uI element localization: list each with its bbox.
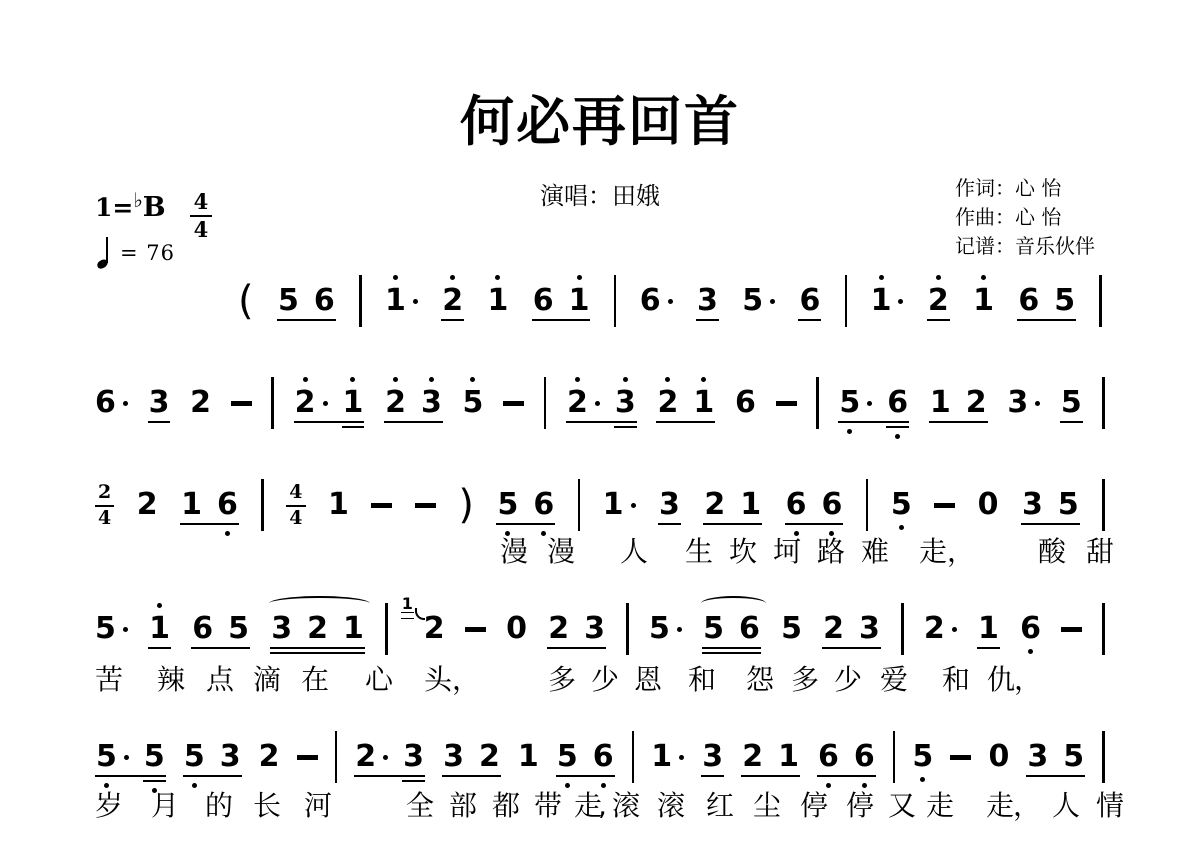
note-number: 6 xyxy=(314,283,335,318)
lyric-syllable: 和 xyxy=(688,666,716,694)
beam-line xyxy=(183,775,242,778)
jianpu-note: 2 xyxy=(295,388,328,418)
open-paren: ( xyxy=(238,281,254,321)
note-number: 3 xyxy=(149,385,170,420)
note-number: 6 xyxy=(887,385,908,420)
note-number: 2 xyxy=(442,283,463,318)
sixteenth-beam-line xyxy=(342,426,365,429)
jianpu-note: 1 xyxy=(978,614,999,644)
beam-line xyxy=(566,421,637,424)
note-number: 2 xyxy=(704,487,725,522)
meter-denominator: 4 xyxy=(194,217,209,242)
beam-line xyxy=(354,775,425,778)
octave-dot-high xyxy=(575,377,580,382)
beam-group: 23 xyxy=(354,742,425,772)
beam-group: 12 xyxy=(929,388,988,418)
octave-dot-high xyxy=(665,377,670,382)
jianpu-note: 1 xyxy=(603,490,636,520)
beam-group: 321 xyxy=(270,614,365,644)
jianpu-note: 5 xyxy=(144,742,165,772)
note-number: 2 xyxy=(385,385,406,420)
beam-line xyxy=(532,319,591,322)
beam-line xyxy=(148,421,171,424)
lyric-syllable: 又 xyxy=(888,792,916,820)
jianpu-note: 1 xyxy=(487,286,508,316)
octave-dot-high xyxy=(936,275,941,280)
slur-arc xyxy=(701,596,766,611)
jianpu-note: 1 xyxy=(569,286,590,316)
beam-group: 61 xyxy=(532,286,591,316)
lyric-syllable: 滚 xyxy=(657,792,685,820)
augmentation-dot xyxy=(677,627,682,632)
barline xyxy=(578,479,581,531)
note-number: 5 xyxy=(781,611,802,646)
jianpu-note: 2 xyxy=(385,388,406,418)
meter-denominator: 4 xyxy=(289,507,302,530)
jianpu-note: 6 xyxy=(799,286,820,316)
note-number: 5 xyxy=(144,739,165,774)
jianpu-note: 0 xyxy=(988,742,1009,772)
jianpu-note: 2 xyxy=(966,388,987,418)
lyric-syllable: 滚 xyxy=(612,792,640,820)
note-number: 5 xyxy=(278,283,299,318)
beam-line xyxy=(1026,775,1085,778)
sixteenth-beam-line xyxy=(402,780,425,783)
jianpu-note: 5 xyxy=(228,614,249,644)
note-number: 1 xyxy=(328,487,349,522)
note-number: 2 xyxy=(928,283,949,318)
lyric-syllable: 多 xyxy=(548,666,576,694)
barline xyxy=(261,479,264,531)
beam-group: 3 xyxy=(658,490,681,520)
credits-block: 作词：心 怡 作曲：心 怡 记谱：音乐伙伴 xyxy=(955,174,1095,261)
meter-numerator: 4 xyxy=(190,190,213,217)
jianpu-note: 1 xyxy=(328,490,349,520)
beam-group: 21 xyxy=(741,742,800,772)
jianpu-note: 1 xyxy=(778,742,799,772)
duration-dash xyxy=(934,503,955,508)
lyric-syllable: 仇 xyxy=(987,666,1015,694)
octave-dot-high xyxy=(470,377,475,382)
duration-dash xyxy=(950,755,971,760)
jianpu-note: 2 xyxy=(442,286,463,316)
note-number: 5 xyxy=(1061,385,1082,420)
note-number: 5 xyxy=(839,385,860,420)
beam-group: 23 xyxy=(547,614,606,644)
lyric-syllable: 月 xyxy=(151,792,179,820)
note-number: 2 xyxy=(966,385,987,420)
note-number: 6 xyxy=(533,487,554,522)
jianpu-note: 6 xyxy=(95,388,128,418)
beam-line xyxy=(703,523,762,526)
beam-line xyxy=(191,647,250,650)
lyric-syllable: 点 xyxy=(206,666,234,694)
octave-dot-low xyxy=(920,777,925,782)
note-number: 1 xyxy=(930,385,951,420)
beam-line xyxy=(696,319,719,322)
beam-group: 23 xyxy=(822,614,881,644)
octave-dot-high xyxy=(701,377,706,382)
note-number: 1 xyxy=(487,283,508,318)
beam-group: 66 xyxy=(817,742,876,772)
augmentation-dot xyxy=(323,401,328,406)
lyric-syllable: 部 xyxy=(449,792,477,820)
note-number: 6 xyxy=(821,487,842,522)
jianpu-note: 3 xyxy=(149,388,170,418)
jianpu-note: 5 xyxy=(95,614,128,644)
note-number: 5 xyxy=(228,611,249,646)
barline xyxy=(1102,731,1105,783)
augmentation-dot xyxy=(123,401,128,406)
jianpu-note: 6 xyxy=(640,286,673,316)
note-number: 1 xyxy=(651,739,672,774)
jianpu-note: 2 xyxy=(704,490,725,520)
note-number: 2 xyxy=(742,739,763,774)
beam-group: 2 xyxy=(441,286,464,316)
note-number: 6 xyxy=(1020,611,1041,646)
beam-group: 56 xyxy=(838,388,909,418)
barline xyxy=(614,275,617,327)
octave-dot-low xyxy=(826,783,831,788)
beam-line xyxy=(556,775,615,778)
sheet-music-page: 何必再回首 演唱：田娥 作词：心 怡 作曲：心 怡 记谱：音乐伙伴 1=♭B 4… xyxy=(0,0,1200,850)
beam-line xyxy=(929,421,988,424)
beam-group: 56 xyxy=(496,490,555,520)
jianpu-note: 6 xyxy=(739,614,760,644)
lyric-syllable: , xyxy=(598,792,607,820)
jianpu-note: 5 xyxy=(742,286,775,316)
beam-line xyxy=(927,319,950,322)
jianpu-note: 3 xyxy=(271,614,292,644)
beam-group: 21 xyxy=(656,388,715,418)
beam-line xyxy=(798,319,821,322)
jianpu-note: 5 xyxy=(912,742,933,772)
note-number: 1 xyxy=(778,739,799,774)
jianpu-note: 2 xyxy=(548,614,569,644)
note-number: 5 xyxy=(1058,487,1079,522)
jianpu-note: 6 xyxy=(593,742,614,772)
note-number: 3 xyxy=(659,487,680,522)
note-number: 3 xyxy=(1027,739,1048,774)
note-number: 5 xyxy=(95,611,116,646)
jianpu-note: 2 xyxy=(355,742,388,772)
lyric-syllable: 情 xyxy=(1096,792,1124,820)
slur-arc xyxy=(269,596,370,611)
jianpu-note: 2 xyxy=(928,286,949,316)
beam-group: 56 xyxy=(702,614,761,644)
beam-line xyxy=(701,775,724,778)
jianpu-note: 2 xyxy=(307,614,328,644)
lyric-syllable: 走 xyxy=(986,792,1014,820)
octave-dot-high xyxy=(981,275,986,280)
lyric-syllable: 难 xyxy=(861,538,889,566)
sixteenth-beam-line xyxy=(143,780,166,783)
jianpu-note: 5 xyxy=(703,614,724,644)
octave-dot-low xyxy=(192,783,197,788)
beam-group: 1 xyxy=(148,614,171,644)
octave-dot-low xyxy=(601,783,606,788)
jianpu-note: 6 xyxy=(854,742,875,772)
note-number: 1 xyxy=(569,283,590,318)
note-number: 6 xyxy=(735,385,756,420)
note-number: 5 xyxy=(1054,283,1075,318)
beam-line xyxy=(95,775,166,778)
barline xyxy=(271,377,274,429)
note-number: 2 xyxy=(424,611,445,646)
beam-line xyxy=(496,523,555,526)
note-number: 5 xyxy=(891,487,912,522)
lyric-syllable: 头 xyxy=(424,666,452,694)
lyric-syllable: 生 xyxy=(685,538,713,566)
note-number: 5 xyxy=(912,739,933,774)
lyric-syllable: 停 xyxy=(846,792,874,820)
note-number: 2 xyxy=(307,611,328,646)
barline xyxy=(335,731,338,783)
beam-line xyxy=(294,421,365,424)
jianpu-note: 6 xyxy=(887,388,908,418)
beam-line-2 xyxy=(702,652,761,655)
octave-dot-high xyxy=(429,377,434,382)
sixteenth-beam-line xyxy=(614,426,637,429)
note-number: 2 xyxy=(548,611,569,646)
jianpu-note: 5 xyxy=(1061,388,1082,418)
note-number: 3 xyxy=(271,611,292,646)
lyric-syllable: 带 xyxy=(534,792,562,820)
jianpu-note: 2 xyxy=(259,742,280,772)
note-number: 2 xyxy=(137,487,158,522)
note-number: 0 xyxy=(988,739,1009,774)
barline xyxy=(1099,275,1102,327)
duration-dash xyxy=(415,503,436,508)
jianpu-note: 0 xyxy=(978,490,999,520)
jianpu-note: 1 xyxy=(343,614,364,644)
lyric-syllable: 长 xyxy=(253,792,281,820)
jianpu-note: 3 xyxy=(702,742,723,772)
jianpu-note: 3 xyxy=(443,742,464,772)
note-number: 5 xyxy=(96,739,117,774)
lyric-syllable: 全 xyxy=(406,792,434,820)
augmentation-dot xyxy=(595,401,600,406)
beam-group: 3 xyxy=(148,388,171,418)
beam-group: 35 xyxy=(1026,742,1085,772)
beam-line xyxy=(1017,319,1076,322)
jianpu-note: 3 xyxy=(697,286,718,316)
beam-group: 65 xyxy=(191,614,250,644)
note-number: 5 xyxy=(649,611,670,646)
inline-time-signature: 44 xyxy=(286,482,305,530)
beam-line xyxy=(277,319,336,322)
octave-dot-low xyxy=(541,531,546,536)
lyric-syllable: 在 xyxy=(301,666,329,694)
beam-line-2 xyxy=(270,652,365,655)
beam-group: 65 xyxy=(1017,286,1076,316)
beam-line xyxy=(838,421,909,424)
note-number: 1 xyxy=(149,611,170,646)
note-number: 6 xyxy=(217,487,238,522)
jianpu-note: 1 xyxy=(149,614,170,644)
note-number: 3 xyxy=(403,739,424,774)
note-number: 1 xyxy=(603,487,624,522)
note-number: 1 xyxy=(343,385,364,420)
jianpu-note: 1 xyxy=(343,388,364,418)
jianpu-note: 1 xyxy=(930,388,951,418)
octave-dot-high xyxy=(350,377,355,382)
lyric-syllable: ， xyxy=(947,538,975,566)
lyric-syllable: 酸 xyxy=(1038,538,1066,566)
beam-group: 21 xyxy=(294,388,365,418)
beam-group: 53 xyxy=(183,742,242,772)
jianpu-note: 6 xyxy=(314,286,335,316)
jianpu-note: 6 xyxy=(821,490,842,520)
barline xyxy=(359,275,362,327)
meter-numerator: 4 xyxy=(286,482,305,507)
jianpu-note: 3 xyxy=(659,490,680,520)
octave-dot-low xyxy=(104,783,109,788)
note-number: 3 xyxy=(702,739,723,774)
augmentation-dot xyxy=(867,401,872,406)
octave-dot-low xyxy=(225,531,230,536)
credit-lyricist: 作词：心 怡 xyxy=(955,174,1095,203)
note-number: 3 xyxy=(615,385,636,420)
lyric-syllable: 滴 xyxy=(253,666,281,694)
lyric-syllable: ， xyxy=(1014,666,1042,694)
note-number: 6 xyxy=(593,739,614,774)
notation-line-5: 5553223321561321665035 xyxy=(95,742,1105,772)
jianpu-note: 5 xyxy=(781,614,802,644)
jianpu-note: 6 xyxy=(217,490,238,520)
key-prefix: 1= xyxy=(95,193,133,222)
lyric-syllable: 走 xyxy=(926,792,954,820)
augmentation-dot xyxy=(631,503,636,508)
note-number: 6 xyxy=(739,611,760,646)
note-number: 6 xyxy=(95,385,116,420)
beam-line xyxy=(658,523,681,526)
duration-dash xyxy=(371,503,392,508)
beam-line xyxy=(270,647,365,650)
note-number: 6 xyxy=(818,739,839,774)
jianpu-note: 6 xyxy=(786,490,807,520)
jianpu-note: 5 xyxy=(1063,742,1084,772)
lyric-syllable: ， xyxy=(452,666,480,694)
octave-dot-high xyxy=(393,377,398,382)
meter-numerator: 2 xyxy=(95,482,114,507)
augmentation-dot xyxy=(679,755,684,760)
beam-group: 56 xyxy=(277,286,336,316)
augmentation-dot xyxy=(413,299,418,304)
beam-group: 2 xyxy=(927,286,950,316)
beam-group: 32 xyxy=(442,742,501,772)
jianpu-note: 5 xyxy=(184,742,205,772)
note-number: 3 xyxy=(421,385,442,420)
jianpu-note: 3 xyxy=(1027,742,1048,772)
jianpu-note: 6 xyxy=(192,614,213,644)
jianpu-note: 2 xyxy=(137,490,158,520)
beam-group: 21 xyxy=(703,490,762,520)
duration-dash xyxy=(465,627,486,632)
note-number: 1 xyxy=(693,385,714,420)
lyric-syllable: 的 xyxy=(205,792,233,820)
lyric-syllable: 爱 xyxy=(880,666,908,694)
jianpu-note: 3 xyxy=(584,614,605,644)
lyric-syllable: ， xyxy=(1013,792,1041,820)
inline-time-signature: 24 xyxy=(95,482,114,530)
jianpu-note: 2 xyxy=(479,742,500,772)
notation-line-1: (5612161635612165 xyxy=(238,286,1102,316)
beam-group: 3 xyxy=(701,742,724,772)
song-title: 何必再回首 xyxy=(0,92,1200,151)
augmentation-dot xyxy=(1035,401,1040,406)
note-number: 5 xyxy=(557,739,578,774)
jianpu-note: 1 xyxy=(973,286,994,316)
beam-group: 55 xyxy=(95,742,166,772)
lyric-syllable: 河 xyxy=(304,792,332,820)
beam-group: 6 xyxy=(798,286,821,316)
beam-line xyxy=(384,421,443,424)
beam-group: 1 xyxy=(977,614,1000,644)
augmentation-dot xyxy=(770,299,775,304)
beam-group: 5 xyxy=(1060,388,1083,418)
notation-line-4: 516532112023556523216 xyxy=(95,614,1105,644)
jianpu-note: 3 xyxy=(1007,388,1040,418)
barline xyxy=(544,377,547,429)
note-number: 1 xyxy=(973,283,994,318)
augmentation-dot xyxy=(383,755,388,760)
beam-line xyxy=(180,523,239,526)
jianpu-note: 1 xyxy=(740,490,761,520)
jianpu-note: 5 xyxy=(649,614,682,644)
augmentation-dot xyxy=(952,627,957,632)
quarter-note-icon xyxy=(97,236,111,269)
credit-transcriber: 记谱：音乐伙伴 xyxy=(955,232,1095,261)
note-number: 5 xyxy=(1063,739,1084,774)
jianpu-note: 1 xyxy=(385,286,418,316)
duration-dash xyxy=(297,755,318,760)
barline xyxy=(626,603,629,655)
beam-line xyxy=(702,647,761,650)
barline xyxy=(1102,377,1105,429)
octave-dot-low xyxy=(895,434,900,439)
jianpu-note: 1 xyxy=(693,388,714,418)
jianpu-note: 5 xyxy=(96,742,129,772)
beam-group: 56 xyxy=(556,742,615,772)
note-number: 3 xyxy=(584,611,605,646)
tempo-mark: = 76 xyxy=(97,236,175,269)
barline xyxy=(1102,603,1105,655)
lyric-syllable: 漫 xyxy=(500,538,528,566)
jianpu-note: 1 xyxy=(871,286,904,316)
lyric-syllable: 都 xyxy=(492,792,520,820)
barline xyxy=(893,731,896,783)
jianpu-note: 3 xyxy=(403,742,424,772)
note-number: 1 xyxy=(978,611,999,646)
jianpu-note: 2 xyxy=(190,388,211,418)
note-number: 3 xyxy=(1022,487,1043,522)
tempo-value: = 76 xyxy=(120,243,175,264)
duration-dash xyxy=(776,401,797,406)
beam-line xyxy=(148,647,171,650)
jianpu-note: 2 xyxy=(742,742,763,772)
note-number: 2 xyxy=(355,739,376,774)
beam-line xyxy=(441,319,464,322)
barline xyxy=(866,479,869,531)
beam-line xyxy=(656,421,715,424)
beam-line xyxy=(822,647,881,650)
notation-line-3: 24216441)561321665035 xyxy=(95,490,1105,520)
barline xyxy=(385,603,388,655)
note-number: 5 xyxy=(742,283,763,318)
beam-line xyxy=(785,523,844,526)
note-number: 1 xyxy=(181,487,202,522)
